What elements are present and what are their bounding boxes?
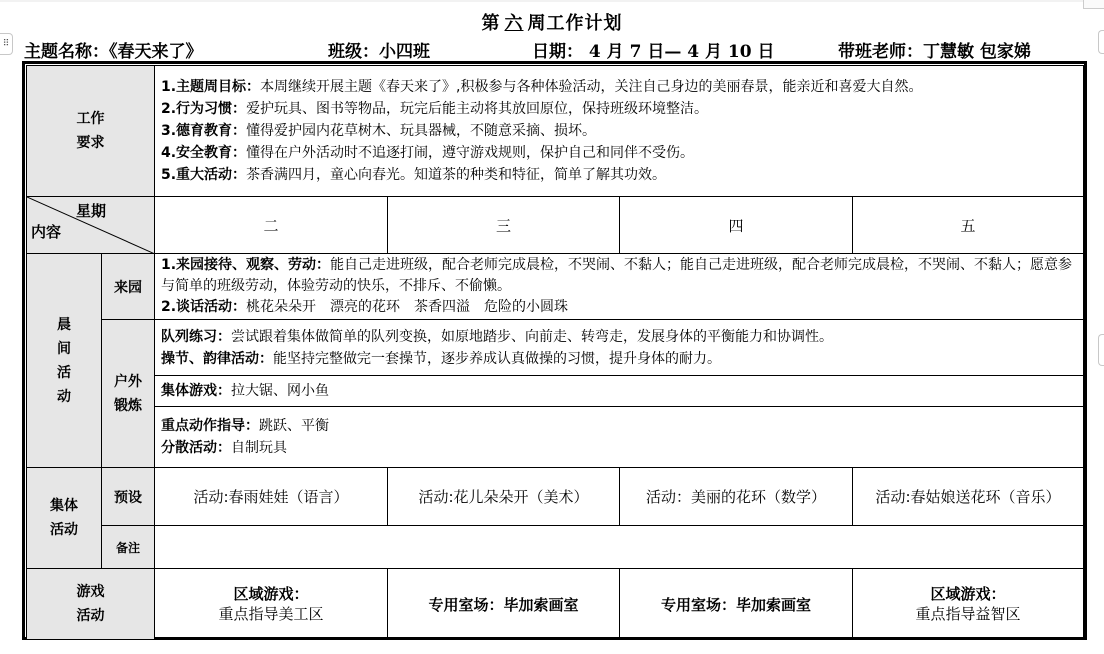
morning-activity-label: 晨 间 活 动 [27,254,102,468]
requirement-text: 爱护玩具、图书等物品，玩完后能主动将其放回原位，保持班级环境整洁。 [246,101,708,117]
preset-wed[interactable]: 活动:花儿朵朵开（美术） [388,468,620,526]
game-body: 重点指导益智区 [853,604,1083,624]
talk-key: 2.谈话活动： [161,299,246,315]
group-game-key: 集体游戏： [161,383,231,399]
group-game-content[interactable]: 集体游戏：拉大锯、网小鱼 [155,376,1084,407]
arrival-content[interactable]: 1.来园接待、观察、劳动：能自己走进班级，配合老师完成晨检，不哭闹、不黏人；能自… [155,254,1084,320]
arrival-line-2: 2.谈话活动：桃花朵朵开 漂亮的花环 茶香四溢 危险的小圆珠 [161,297,1077,318]
game-tue[interactable]: 区域游戏： 重点指导美工区 [155,569,388,640]
game-title: 区域游戏： [155,584,387,604]
date-field: 日期： 4 月 7 日— 4 月 10 日 [532,37,775,59]
requirement-key: 4.安全教育： [161,145,246,161]
requirement-key: 3.德育教育： [161,123,246,139]
requirement-text: 本周继续开展主题《春天来了》,积极参与各种体验活动，关注自己身边的美丽春景，能亲… [260,79,922,95]
arrival-label: 来园 [102,254,155,320]
game-body: 重点指导美工区 [155,604,387,624]
row-game-activity: 游戏 活动 区域游戏： 重点指导美工区 专用室场：毕加索画室 专用室场：毕加索画… [27,569,1084,640]
drill-content[interactable]: 队列练习：尝试跟着集体做简单的队列变换，如原地踏步、向前走、转弯走，发展身体的平… [155,320,1084,376]
requirement-key: 2.行为习惯： [161,101,246,117]
class-label: 班级： [328,42,379,62]
requirement-text: 懂得爱护园内花草树木、玩具器械，不随意采摘、损坏。 [246,123,596,139]
game-fri[interactable]: 区域游戏： 重点指导益智区 [853,569,1084,640]
label-line: 要求 [27,131,154,155]
row-outdoor-focus: 重点动作指导：跳跃、平衡 分散活动：自制玩具 [27,407,1084,468]
day-header-wed: 三 [388,197,620,254]
game-title: 专用室场：毕加索画室 [620,594,852,615]
exercise-key: 操节、韵律活动： [161,351,273,367]
table-move-handle-icon[interactable]: ⠿ [0,33,13,55]
drill-text: 尝试跟着集体做简单的队列变换，如原地踏步、向前走、转弯走，发展身体的平衡能力和协… [231,329,833,345]
free-text: 自制玩具 [231,440,287,456]
weekly-plan-table: 工作 要求 1.主题周目标：本周继续开展主题《春天来了》,积极参与各种体验活动，… [26,65,1084,640]
label-char: 活 [27,361,101,385]
theme-label: 主题名称： [24,42,109,62]
focus-line: 重点动作指导：跳跃、平衡 [161,415,1077,437]
date-value: 4 月 7 日— 4 月 10 日 [589,42,775,62]
preset-tue[interactable]: 活动:春雨娃娃（语言） [155,468,388,526]
class-value: 小四班 [379,42,430,62]
teacher-field: 带班老师：丁慧敏 包家娣 [838,37,1031,59]
requirement-item: 1.主题周目标：本周继续开展主题《春天来了》,积极参与各种体验活动，关注自己身边… [161,76,1077,98]
game-wed[interactable]: 专用室场：毕加索画室 [388,569,620,640]
game-thu[interactable]: 专用室场：毕加索画室 [620,569,853,640]
label-char: 间 [27,337,101,361]
row-morning-arrival: 晨 间 活 动 来园 1.来园接待、观察、劳动：能自己走进班级，配合老师完成晨检… [27,254,1084,320]
requirement-text: 茶香满四月，童心向春光。知道茶的种类和特征，简单了解其功效。 [246,167,666,183]
day-header-tue: 二 [155,197,388,254]
focus-key: 重点动作指导： [161,418,259,434]
content-axis-label: 内容 [31,221,61,242]
work-requirements-content[interactable]: 1.主题周目标：本周继续开展主题《春天来了》,积极参与各种体验活动，关注自己身边… [155,66,1084,197]
theme-value: 《春天来了》 [109,42,203,62]
label-line: 工作 [27,107,154,131]
teacher-label: 带班老师： [838,42,923,62]
teacher-value: 丁慧敏 包家娣 [923,42,1031,62]
row-day-header: 星期 内容 二 三 四 五 [27,197,1084,254]
label-line: 游戏 [27,580,154,604]
row-work-requirements: 工作 要求 1.主题周目标：本周继续开展主题《春天来了》,积极参与各种体验活动，… [27,66,1084,197]
preset-thu[interactable]: 活动：美丽的花环（数学） [620,468,853,526]
requirement-item: 3.德育教育：懂得爱护园内花草树木、玩具器械，不随意采摘、损坏。 [161,120,1077,142]
row-outdoor-drill: 户外 锻炼 队列练习：尝试跟着集体做简单的队列变换，如原地踏步、向前走、转弯走，… [27,320,1084,376]
label-line: 集体 [27,494,101,518]
game-title: 区域游戏： [853,584,1083,604]
right-margin-handle-lower[interactable] [1098,334,1104,366]
talk-text: 桃花朵朵开 漂亮的花环 茶香四溢 危险的小圆珠 [246,299,568,315]
requirement-item: 5.重大活动：茶香满四月，童心向春光。知道茶的种类和特征，简单了解其功效。 [161,164,1077,186]
drill-line: 队列练习：尝试跟着集体做简单的队列变换，如原地踏步、向前走、转弯走，发展身体的平… [161,326,1077,348]
day-header-fri: 五 [853,197,1084,254]
requirement-item: 2.行为习惯：爱护玩具、图书等物品，玩完后能主动将其放回原位，保持班级环境整洁。 [161,98,1077,120]
group-game-text: 拉大锯、网小鱼 [231,383,329,399]
title-suffix: 周工作计划 [528,13,623,34]
week-number: 六 [501,13,528,34]
title-prefix: 第 [482,13,501,34]
day-header-thu: 四 [620,197,853,254]
requirement-text: 懂得在户外活动时不追逐打闹，遵守游戏规则，保护自己和同伴不受伤。 [246,145,694,161]
drill-key: 队列练习： [161,329,231,345]
label-char: 晨 [27,313,101,337]
requirement-item: 4.安全教育：懂得在户外活动时不追逐打闹，遵守游戏规则，保护自己和同伴不受伤。 [161,142,1077,164]
arrival-line-1: 1.来园接待、观察、劳动：能自己走进班级，配合老师完成晨检，不哭闹、不黏人；能自… [161,255,1077,297]
page-title: 第六周工作计划 [0,9,1104,35]
preset-fri[interactable]: 活动:春姑娘送花环（音乐） [853,468,1084,526]
notes-label: 备注 [102,526,155,569]
requirement-key: 5.重大活动： [161,167,246,183]
label-line: 锻炼 [102,394,154,418]
arrival-key: 1.来园接待、观察、劳动： [161,257,330,273]
label-line: 活动 [27,518,101,542]
row-outdoor-game: 集体游戏：拉大锯、网小鱼 [27,376,1084,407]
notes-content[interactable] [155,526,1084,569]
exercise-line: 操节、韵律活动：能坚持完整做完一套操节，逐步养成认真做操的习惯，提升身体的耐力。 [161,348,1077,370]
diagonal-header-cell: 星期 内容 [27,197,155,254]
game-title: 专用室场：毕加索画室 [388,594,619,615]
theme-field: 主题名称：《春天来了》 [24,37,203,59]
work-requirements-label: 工作 要求 [27,66,155,197]
label-line: 活动 [27,604,154,628]
preset-label: 预设 [102,468,155,526]
date-label: 日期： [532,42,583,62]
row-group-preset: 集体 活动 预设 活动:春雨娃娃（语言） 活动:花儿朵朵开（美术） 活动：美丽的… [27,468,1084,526]
outdoor-exercise-label: 户外 锻炼 [102,320,155,468]
focus-text: 跳跃、平衡 [259,418,329,434]
free-line: 分散活动：自制玩具 [161,437,1077,459]
free-key: 分散活动： [161,440,231,456]
row-group-notes: 备注 [27,526,1084,569]
focus-content[interactable]: 重点动作指导：跳跃、平衡 分散活动：自制玩具 [155,407,1084,468]
exercise-text: 能坚持完整做完一套操节，逐步养成认真做操的习惯，提升身体的耐力。 [273,351,721,367]
game-activity-label: 游戏 活动 [27,569,155,640]
label-char: 动 [27,385,101,409]
class-field: 班级：小四班 [328,37,430,59]
label-line: 户外 [102,370,154,394]
group-activity-label: 集体 活动 [27,468,102,569]
requirement-key: 1.主题周目标： [161,79,260,95]
weekday-axis-label: 星期 [76,200,106,221]
page-corner-marker [1083,0,1104,9]
top-edge [0,0,1104,2]
